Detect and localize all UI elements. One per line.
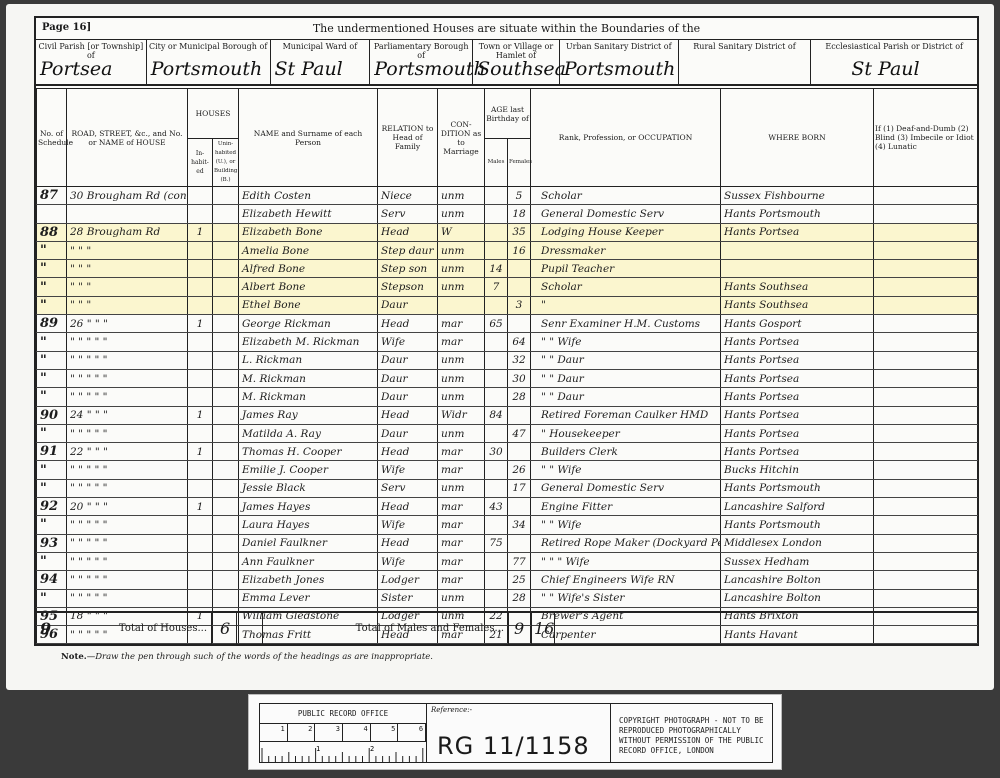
relation: Daur <box>378 369 438 387</box>
house-inhabited <box>188 333 213 351</box>
relation: Wife <box>378 461 438 479</box>
occupation: " " Wife <box>531 516 721 534</box>
person-name: L. Rickman <box>239 351 378 369</box>
header-uninhabited: Unin-habited (U.), or Building (B.) <box>213 139 239 187</box>
female-age: 5 <box>508 187 531 205</box>
relation: Daur <box>378 388 438 406</box>
house-inhabited <box>188 278 213 296</box>
house-inhabited <box>188 479 213 497</box>
table-row: "" " " " "Jessie BlackServunm17General D… <box>37 479 978 497</box>
relation: Head <box>378 534 438 552</box>
birthplace <box>721 241 874 259</box>
house-inhabited <box>188 388 213 406</box>
female-age <box>508 260 531 278</box>
occupation: Engine Fitter <box>531 498 721 516</box>
infirmity <box>874 571 978 589</box>
house-uninhabited <box>213 443 239 461</box>
condition <box>438 296 485 314</box>
infirmity <box>874 424 978 442</box>
infirmity <box>874 388 978 406</box>
male-age <box>485 296 508 314</box>
area-value: Southsea <box>477 58 566 80</box>
female-age <box>508 443 531 461</box>
condition: mar <box>438 552 485 570</box>
infirmity <box>874 589 978 607</box>
relation: Serv <box>378 479 438 497</box>
total-schedules: 9 <box>40 619 51 638</box>
birthplace: Sussex Hedham <box>721 552 874 570</box>
infirmity <box>874 479 978 497</box>
form-title: The undermentioned Houses are situate wi… <box>36 22 977 35</box>
house-inhabited: 1 <box>188 443 213 461</box>
house-uninhabited <box>213 241 239 259</box>
table-row: "" " " " "Elizabeth M. RickmanWifemar64"… <box>37 333 978 351</box>
male-age: 30 <box>485 443 508 461</box>
house-uninhabited <box>213 333 239 351</box>
male-age <box>485 369 508 387</box>
schedule-number: 92 <box>37 498 67 516</box>
house-inhabited <box>188 571 213 589</box>
relation: Stepson <box>378 278 438 296</box>
relation: Step daur <box>378 241 438 259</box>
totals-row: 9 Total of Houses... 6 Total of Males an… <box>36 611 977 644</box>
female-age <box>508 278 531 296</box>
female-age <box>508 315 531 333</box>
house-uninhabited <box>213 479 239 497</box>
table-row: "" " " " "Emma LeverSisterunm28" " Wife'… <box>37 589 978 607</box>
house-inhabited <box>188 552 213 570</box>
area-7: Ecclesiastical Parish or District ofSt P… <box>811 40 977 84</box>
occupation: Chief Engineers Wife RN <box>531 571 721 589</box>
house-inhabited: 1 <box>188 315 213 333</box>
male-age: 84 <box>485 406 508 424</box>
occupation: Scholar <box>531 187 721 205</box>
road-address: " " " " " <box>67 424 188 442</box>
relation: Head <box>378 443 438 461</box>
svg-text:1: 1 <box>316 745 320 753</box>
house-uninhabited <box>213 552 239 570</box>
area-value: Portsmouth <box>374 58 486 80</box>
male-age <box>485 552 508 570</box>
house-uninhabited <box>213 223 239 241</box>
occupation: " " Wife <box>531 461 721 479</box>
birthplace: Hants Portsea <box>721 351 874 369</box>
schedule-number: " <box>37 388 67 406</box>
schedule-number: " <box>37 461 67 479</box>
person-name: James Hayes <box>239 498 378 516</box>
female-age: 30 <box>508 369 531 387</box>
note-text: —Draw the pen through such of the words … <box>87 652 433 662</box>
scale-mark: 2 <box>288 724 316 741</box>
table-row: "" " " " "Matilda A. RayDaurunm47" House… <box>37 424 978 442</box>
male-age <box>485 223 508 241</box>
schedule-number: " <box>37 516 67 534</box>
table-row: 93" " " " "Daniel FaulknerHeadmar75Retir… <box>37 534 978 552</box>
condition: mar <box>438 333 485 351</box>
table-row: 8730 Brougham Rd (contd)Edith CostenNiec… <box>37 187 978 205</box>
condition: unm <box>438 241 485 259</box>
infirmity <box>874 406 978 424</box>
birthplace: Hants Portsmouth <box>721 205 874 223</box>
house-uninhabited <box>213 369 239 387</box>
road-address: " " " " " <box>67 461 188 479</box>
house-uninhabited <box>213 388 239 406</box>
person-name: Albert Bone <box>239 278 378 296</box>
total-persons-label: Total of Males and Females... <box>356 623 504 634</box>
total-houses-label: Total of Houses... <box>119 623 207 634</box>
person-name: M. Rickman <box>239 369 378 387</box>
condition: unm <box>438 424 485 442</box>
birthplace: Hants Portsea <box>721 406 874 424</box>
occupation: " <box>531 296 721 314</box>
occupation: General Domestic Serv <box>531 205 721 223</box>
archive-office-name: PUBLIC RECORD OFFICE <box>260 704 426 724</box>
area-label: Civil Parish [or Township] of <box>36 40 146 60</box>
house-inhabited <box>188 351 213 369</box>
road-address: " " " " " <box>67 388 188 406</box>
occupation: " " " Wife <box>531 552 721 570</box>
person-name: Edith Costen <box>239 187 378 205</box>
census-form: Page 16] The undermentioned Houses are s… <box>34 16 979 646</box>
birthplace: Hants Portsea <box>721 443 874 461</box>
condition: mar <box>438 461 485 479</box>
schedule-number: " <box>37 241 67 259</box>
table-row: "" " " " "Ann FaulknerWifemar77" " " Wif… <box>37 552 978 570</box>
male-age <box>485 516 508 534</box>
table-row: "" " " " "M. RickmanDaurunm28" " DaurHan… <box>37 388 978 406</box>
table-row: "" " " " "Laura HayesWifemar34" " WifeHa… <box>37 516 978 534</box>
cm-scale: 123456 <box>260 724 426 742</box>
infirmity <box>874 534 978 552</box>
schedule-number: " <box>37 260 67 278</box>
person-name: Alfred Bone <box>239 260 378 278</box>
reference-number: RG 11/1158 <box>437 732 590 760</box>
administrative-areas: Civil Parish [or Township] ofPortseaCity… <box>36 40 977 86</box>
condition: mar <box>438 516 485 534</box>
scale-mark: 5 <box>371 724 399 741</box>
house-inhabited <box>188 424 213 442</box>
house-uninhabited <box>213 260 239 278</box>
male-age <box>485 571 508 589</box>
house-uninhabited <box>213 351 239 369</box>
male-age <box>485 589 508 607</box>
road-address: " " " " " <box>67 333 188 351</box>
person-name: Elizabeth Bone <box>239 223 378 241</box>
header-inhabited: In-habit-ed <box>188 139 213 187</box>
infirmity <box>874 552 978 570</box>
birthplace <box>721 260 874 278</box>
house-uninhabited <box>213 461 239 479</box>
table-row: "" " " " "L. RickmanDaurunm32" " DaurHan… <box>37 351 978 369</box>
schedule-number: 91 <box>37 443 67 461</box>
house-inhabited <box>188 589 213 607</box>
road-address: 22 " " " <box>67 443 188 461</box>
person-name: Amelia Bone <box>239 241 378 259</box>
birthplace: Lancashire Bolton <box>721 571 874 589</box>
condition: unm <box>438 479 485 497</box>
male-age: 7 <box>485 278 508 296</box>
road-address: " " " " " <box>67 351 188 369</box>
note-label: Note. <box>61 652 87 662</box>
occupation: " " Daur <box>531 388 721 406</box>
infirmity <box>874 315 978 333</box>
infirmity <box>874 205 978 223</box>
header-infirmity: If (1) Deaf-and-Dumb (2) Blind (3) Imbec… <box>874 89 978 187</box>
road-address: " " " " " <box>67 589 188 607</box>
infirmity <box>874 296 978 314</box>
relation: Wife <box>378 516 438 534</box>
person-name: Ethel Bone <box>239 296 378 314</box>
scale-mark: 3 <box>315 724 343 741</box>
census-table-wrapper: No. of Schedule ROAD, STREET, &c., and N… <box>36 88 977 644</box>
female-age: 25 <box>508 571 531 589</box>
table-row: "" " " " "Emilie J. CooperWifemar26" " W… <box>37 461 978 479</box>
house-inhabited <box>188 241 213 259</box>
inch-ruler: 12 <box>260 742 426 762</box>
table-row: "" " "Albert BoneStepsonunm7ScholarHants… <box>37 278 978 296</box>
occupation: " " Wife's Sister <box>531 589 721 607</box>
area-value: Portsmouth <box>564 58 676 80</box>
female-age: 26 <box>508 461 531 479</box>
road-address: " " " " " <box>67 516 188 534</box>
female-age <box>508 498 531 516</box>
header-road: ROAD, STREET, &c., and No. or NAME of HO… <box>67 89 188 187</box>
table-row: 9024 " " "1James RayHeadWidr84Retired Fo… <box>37 406 978 424</box>
schedule-number: 94 <box>37 571 67 589</box>
table-row: 94" " " " "Elizabeth JonesLodgermar25Chi… <box>37 571 978 589</box>
area-0: Civil Parish [or Township] ofPortsea <box>36 40 147 84</box>
header-females: Females <box>508 139 531 187</box>
total-males-cell: 9 <box>509 613 532 644</box>
male-age: 14 <box>485 260 508 278</box>
total-females: 16 <box>534 619 554 638</box>
male-age: 65 <box>485 315 508 333</box>
total-males: 9 <box>514 619 524 638</box>
census-table: No. of Schedule ROAD, STREET, &c., and N… <box>36 88 978 644</box>
area-value: St Paul <box>851 58 919 80</box>
occupation: Scholar <box>531 278 721 296</box>
schedule-number: 90 <box>37 406 67 424</box>
person-name: Thomas H. Cooper <box>239 443 378 461</box>
road-address: " " " " " <box>67 571 188 589</box>
road-address: 20 " " " <box>67 498 188 516</box>
birthplace: Hants Portsea <box>721 369 874 387</box>
total-blank <box>555 613 977 644</box>
condition: Widr <box>438 406 485 424</box>
female-age: 35 <box>508 223 531 241</box>
house-uninhabited <box>213 187 239 205</box>
relation: Wife <box>378 333 438 351</box>
area-2: Municipal Ward ofSt Paul <box>271 40 371 84</box>
house-inhabited: 1 <box>188 498 213 516</box>
archive-reference-label: PUBLIC RECORD OFFICE 123456 12 Reference… <box>248 694 782 770</box>
area-label: City or Municipal Borough of <box>147 40 270 51</box>
person-name: James Ray <box>239 406 378 424</box>
header-houses: HOUSES <box>188 89 239 139</box>
form-note: Note.—Draw the pen through such of the w… <box>61 652 433 662</box>
area-1: City or Municipal Borough ofPortsmouth <box>147 40 271 84</box>
schedule-number: " <box>37 351 67 369</box>
condition: W <box>438 223 485 241</box>
birthplace: Lancashire Bolton <box>721 589 874 607</box>
total-inhabited: 6 <box>220 619 230 638</box>
area-4: Town or Village or Hamlet ofSouthsea <box>473 40 560 84</box>
condition: unm <box>438 589 485 607</box>
area-label: Rural Sanitary District of <box>679 40 811 51</box>
birthplace: Hants Portsmouth <box>721 479 874 497</box>
person-name: George Rickman <box>239 315 378 333</box>
infirmity <box>874 223 978 241</box>
house-inhabited <box>188 296 213 314</box>
person-name: Emma Lever <box>239 589 378 607</box>
schedule-number: " <box>37 333 67 351</box>
male-age: 75 <box>485 534 508 552</box>
header-occupation: Rank, Profession, or OCCUPATION <box>531 89 721 187</box>
condition: unm <box>438 388 485 406</box>
road-address: 26 " " " <box>67 315 188 333</box>
house-uninhabited <box>213 534 239 552</box>
house-uninhabited <box>213 571 239 589</box>
header-age: AGE last Birthday of <box>485 89 531 139</box>
birthplace: Sussex Fishbourne <box>721 187 874 205</box>
relation: Lodger <box>378 571 438 589</box>
table-row: 8926 " " "1George RickmanHeadmar65Senr E… <box>37 315 978 333</box>
house-inhabited <box>188 205 213 223</box>
female-age: 77 <box>508 552 531 570</box>
road-address: " " " " " <box>67 479 188 497</box>
area-label: Urban Sanitary District of <box>560 40 678 51</box>
house-uninhabited <box>213 205 239 223</box>
relation: Niece <box>378 187 438 205</box>
total-females-cell: 16 <box>532 613 555 644</box>
road-address: " " " " " <box>67 369 188 387</box>
relation: Serv <box>378 205 438 223</box>
table-row: "" " " " "M. RickmanDaurunm30" " DaurHan… <box>37 369 978 387</box>
svg-text:2: 2 <box>370 745 374 753</box>
area-label: Town or Village or Hamlet of <box>473 40 559 60</box>
reference-block: Reference:- RG 11/1158 <box>427 704 611 762</box>
road-address: " " " <box>67 278 188 296</box>
birthplace: Hants Portsmouth <box>721 516 874 534</box>
house-inhabited <box>188 260 213 278</box>
person-name: Laura Hayes <box>239 516 378 534</box>
schedule-number: " <box>37 479 67 497</box>
male-age <box>485 424 508 442</box>
schedule-number: " <box>37 296 67 314</box>
house-uninhabited <box>213 296 239 314</box>
occupation: " Housekeeper <box>531 424 721 442</box>
occupation: Lodging House Keeper <box>531 223 721 241</box>
house-inhabited: 1 <box>188 223 213 241</box>
condition: unm <box>438 278 485 296</box>
occupation: Pupil Teacher <box>531 260 721 278</box>
infirmity <box>874 278 978 296</box>
female-age: 3 <box>508 296 531 314</box>
copyright-notice: COPYRIGHT PHOTOGRAPH - NOT TO BE REPRODU… <box>611 704 772 762</box>
female-age: 18 <box>508 205 531 223</box>
female-age: 64 <box>508 333 531 351</box>
schedule-number: 93 <box>37 534 67 552</box>
birthplace: Hants Portsea <box>721 424 874 442</box>
total-inhabited-cell: 6 <box>212 613 237 644</box>
condition: mar <box>438 498 485 516</box>
total-persons-cell: Total of Males and Females... <box>263 613 509 644</box>
infirmity <box>874 461 978 479</box>
road-address: 30 Brougham Rd (contd) <box>67 187 188 205</box>
header-schedule: No. of Schedule <box>37 89 67 187</box>
occupation: Builders Clerk <box>531 443 721 461</box>
title-row: Page 16] The undermentioned Houses are s… <box>36 18 977 40</box>
scale-mark: 4 <box>343 724 371 741</box>
road-address: " " " <box>67 296 188 314</box>
male-age <box>485 461 508 479</box>
archive-office-block: PUBLIC RECORD OFFICE 123456 12 <box>260 704 427 762</box>
infirmity <box>874 187 978 205</box>
person-name: Daniel Faulkner <box>239 534 378 552</box>
schedule-number <box>37 205 67 223</box>
header-condition: CON-DITION as to Marriage <box>438 89 485 187</box>
area-value: St Paul <box>275 58 343 80</box>
road-address: " " " " " <box>67 552 188 570</box>
schedule-number: " <box>37 552 67 570</box>
header-males: Males <box>485 139 508 187</box>
female-age <box>508 534 531 552</box>
infirmity <box>874 498 978 516</box>
road-address: " " " <box>67 260 188 278</box>
occupation: Retired Foreman Caulker HMD <box>531 406 721 424</box>
condition: unm <box>438 205 485 223</box>
infirmity <box>874 260 978 278</box>
table-row: "" " "Ethel BoneDaur3"Hants Southsea <box>37 296 978 314</box>
condition: unm <box>438 369 485 387</box>
house-uninhabited <box>213 406 239 424</box>
male-age <box>485 479 508 497</box>
male-age <box>485 333 508 351</box>
female-age: 32 <box>508 351 531 369</box>
condition: mar <box>438 443 485 461</box>
birthplace: Hants Portsea <box>721 223 874 241</box>
schedule-number: " <box>37 424 67 442</box>
birthplace: Hants Southsea <box>721 278 874 296</box>
male-age <box>485 187 508 205</box>
condition: mar <box>438 571 485 589</box>
birthplace: Hants Portsea <box>721 333 874 351</box>
relation: Daur <box>378 351 438 369</box>
road-address: 24 " " " <box>67 406 188 424</box>
schedule-number: " <box>37 369 67 387</box>
road-address <box>67 205 188 223</box>
header-name: NAME and Surname of each Person <box>239 89 378 187</box>
house-inhabited <box>188 187 213 205</box>
schedule-number: 89 <box>37 315 67 333</box>
house-uninhabited <box>213 516 239 534</box>
occupation: General Domestic Serv <box>531 479 721 497</box>
area-value: Portsmouth <box>151 58 263 80</box>
archive-label-frame: PUBLIC RECORD OFFICE 123456 12 Reference… <box>259 703 773 763</box>
schedule-number: 87 <box>37 187 67 205</box>
female-age <box>508 406 531 424</box>
total-houses-cell: 9 Total of Houses... <box>36 613 212 644</box>
reference-label: Reference:- <box>431 706 472 714</box>
area-label: Ecclesiastical Parish or District of <box>811 40 977 51</box>
occupation: Retired Rope Maker (Dockyard Pensioner) <box>531 534 721 552</box>
area-3: Parliamentary Borough ofPortsmouth <box>370 40 473 84</box>
birthplace: Middlesex London <box>721 534 874 552</box>
house-inhabited <box>188 516 213 534</box>
house-uninhabited <box>213 589 239 607</box>
header-relation: RELATION to Head of Family <box>378 89 438 187</box>
table-row: 8828 Brougham Rd1Elizabeth BoneHeadW35Lo… <box>37 223 978 241</box>
